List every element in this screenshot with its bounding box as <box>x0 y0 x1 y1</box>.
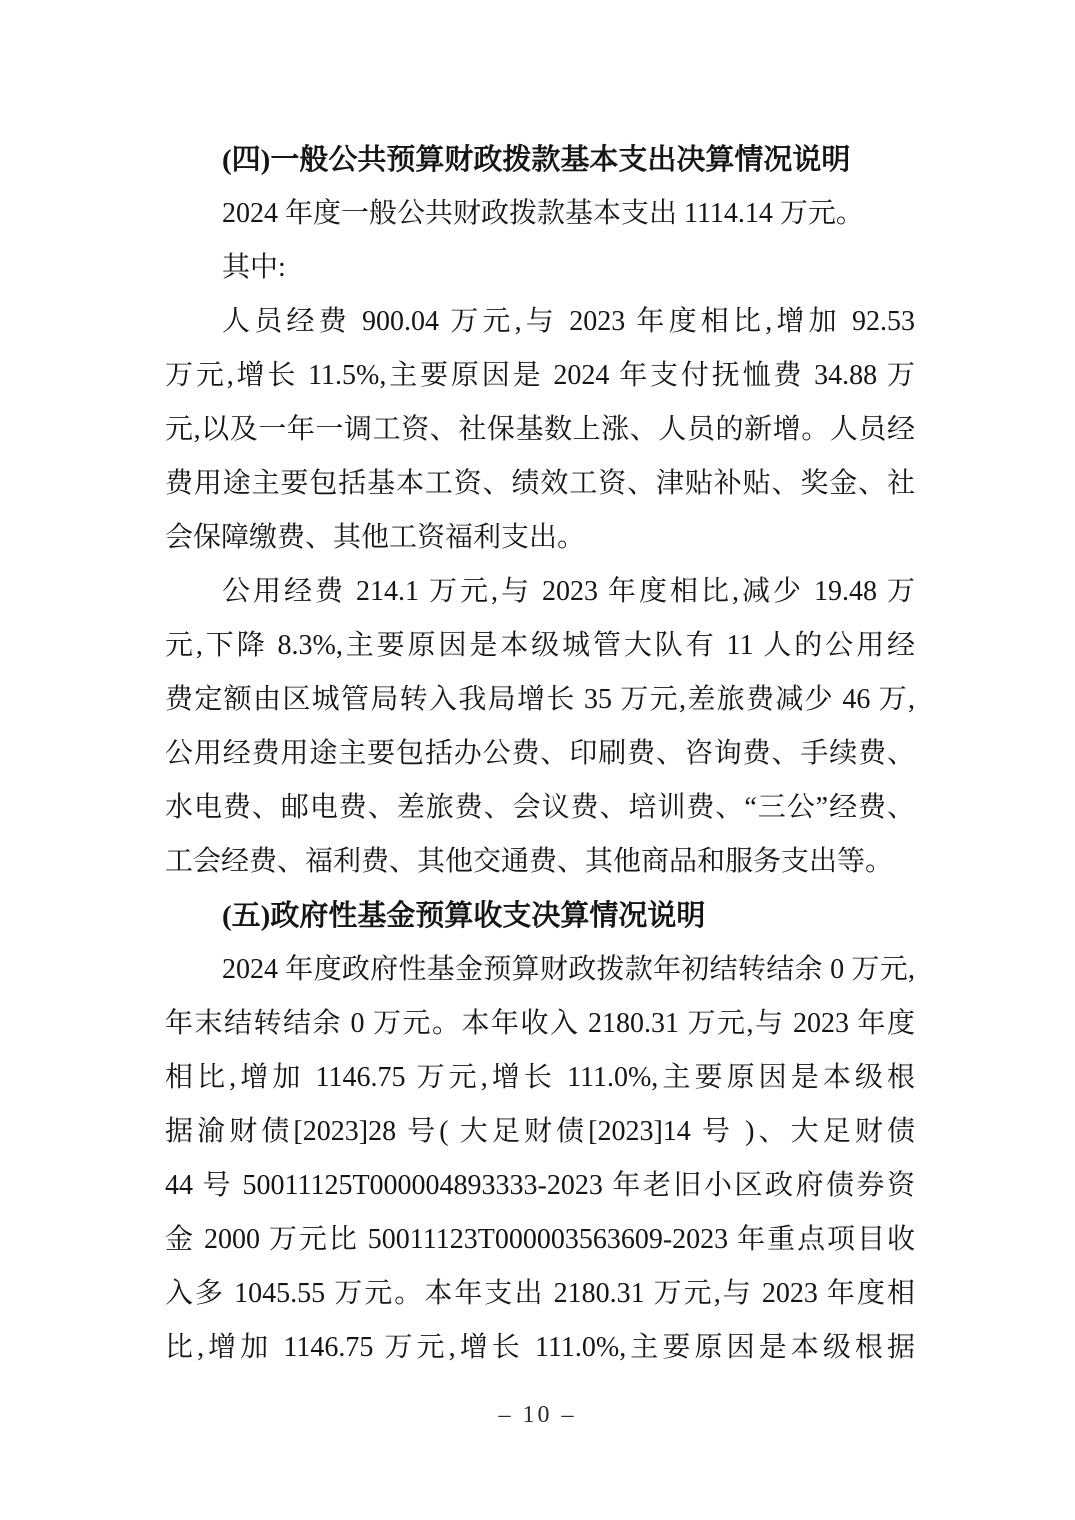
text-line: 相比,增加 1146.75 万元,增长 111.0%,主要原因是本级根 <box>165 1051 915 1105</box>
text-line: 入多 1045.55 万元。本年支出 2180.31 万元,与 2023 年度相 <box>165 1267 915 1321</box>
text-line: 比,增加 1146.75 万元,增长 111.0%,主要原因是本级根据 <box>165 1321 915 1375</box>
section-heading: (五)政府性基金预算收支决算情况说明 <box>165 889 915 943</box>
text-line: 工会经费、福利费、其他交通费、其他商品和服务支出等。 <box>165 835 915 889</box>
text-line: 公用经费 214.1 万元,与 2023 年度相比,减少 19.48 万 <box>165 565 915 619</box>
document-body: (四)一般公共预算财政拨款基本支出决算情况说明2024 年度一般公共财政拨款基本… <box>165 133 915 1375</box>
text-line: 万元,增长 11.5%,主要原因是 2024 年支付抚恤费 34.88 万 <box>165 349 915 403</box>
text-line: 费用途主要包括基本工资、绩效工资、津贴补贴、奖金、社 <box>165 457 915 511</box>
section-heading: (四)一般公共预算财政拨款基本支出决算情况说明 <box>165 133 915 187</box>
text-line: 2024 年度政府性基金预算财政拨款年初结转结余 0 万元, <box>165 943 915 997</box>
text-line: 元,以及一年一调工资、社保基数上涨、人员的新增。人员经 <box>165 403 915 457</box>
text-line: 水电费、邮电费、差旅费、会议费、培训费、“三公”经费、 <box>165 781 915 835</box>
text-line: 金 2000 万元比 50011123T000003563609-2023 年重… <box>165 1213 915 1267</box>
text-line: 44 号 50011125T000004893333-2023 年老旧小区政府债… <box>165 1159 915 1213</box>
text-line: 会保障缴费、其他工资福利支出。 <box>165 511 915 565</box>
text-line: 公用经费用途主要包括办公费、印刷费、咨询费、手续费、 <box>165 727 915 781</box>
text-line: 2024 年度一般公共财政拨款基本支出 1114.14 万元。 <box>165 187 915 241</box>
text-line: 人员经费 900.04 万元,与 2023 年度相比,增加 92.53 <box>165 295 915 349</box>
document-page: (四)一般公共预算财政拨款基本支出决算情况说明2024 年度一般公共财政拨款基本… <box>0 0 1075 1520</box>
text-line: 据渝财债[2023]28 号( 大足财债[2023]14 号 )、大足财债〔20… <box>165 1105 915 1159</box>
text-line: 其中: <box>165 241 915 295</box>
page-footer: – 10 – <box>0 1400 1075 1430</box>
page-number: – 10 – <box>499 1402 577 1428</box>
text-line: 费定额由区城管局转入我局增长 35 万元,差旅费减少 46 万, <box>165 673 915 727</box>
text-line: 年末结转结余 0 万元。本年收入 2180.31 万元,与 2023 年度 <box>165 997 915 1051</box>
text-line: 元,下降 8.3%,主要原因是本级城管大队有 11 人的公用经 <box>165 619 915 673</box>
